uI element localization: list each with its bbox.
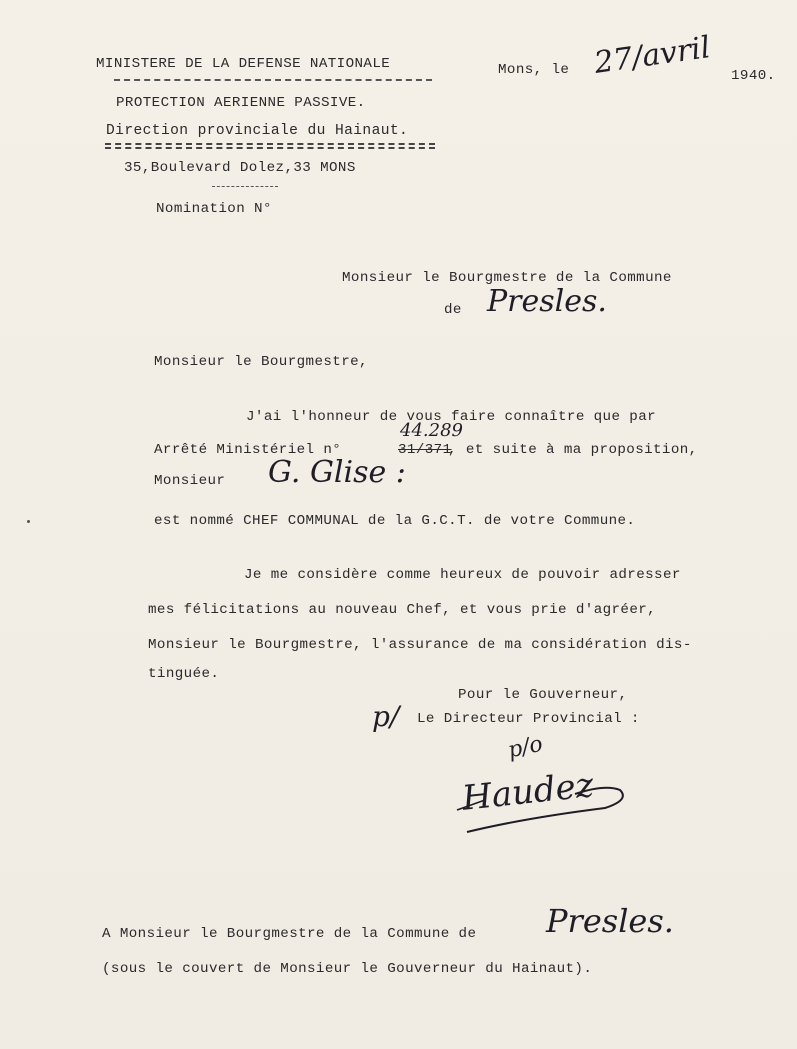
paragraph-1-line-4: est nommé CHEF COMMUNAL de la G.C.T. de … [154,514,635,528]
recipient-commune-handwritten: Presles. [487,284,607,319]
dashed-rule-1 [114,79,432,81]
footer-commune-handwritten: Presles. [546,902,674,940]
paragraph-2-line-1: Je me considère comme heureux de pouvoir… [244,568,681,582]
address-line: 35,Boulevard Dolez,33 MONS [124,161,356,175]
double-rule [105,143,435,145]
stray-mark [27,520,30,523]
direction-heading: Direction provinciale du Hainaut. [106,124,408,139]
dateline-handwritten-date: 27/avril [592,30,712,81]
nomination-number: Nomination N° [156,202,272,216]
closing-line-2: Le Directeur Provincial : [417,712,640,726]
closing-line-1: Pour le Gouverneur, [458,688,627,702]
dashed-rule-2 [212,186,278,187]
recipient-de: de [444,303,462,317]
footer-line-2: (sous le couvert de Monsieur le Gouverne… [102,962,592,976]
paragraph-1-line-2-suffix: , et suite à ma proposition, [448,443,698,457]
footer-line-1-prefix: A Monsieur le Bourgmestre de la Commune … [102,927,476,941]
handwritten-appointee-name: G. Glise : [268,455,406,490]
struck-decree-number: 31/371 [398,443,451,457]
paragraph-2-line-2: mes félicitations au nouveau Chef, et vo… [148,603,656,617]
salutation: Monsieur le Bourgmestre, [154,355,368,369]
department-heading: PROTECTION AERIENNE PASSIVE. [116,96,366,110]
letter-page: MINISTERE DE LA DEFENSE NATIONALE PROTEC… [0,0,797,1049]
closing-pp-handwritten: p/ [372,700,399,733]
dateline-year: 1940. [731,69,776,83]
signature-pp: p/o [506,732,545,764]
paragraph-2-line-4: tinguée. [148,667,219,681]
dateline-place: Mons, le [498,63,569,77]
paragraph-1-line-3-prefix: Monsieur [154,474,225,488]
signature-flourish [455,770,635,840]
ministry-heading: MINISTERE DE LA DEFENSE NATIONALE [96,57,390,71]
handwritten-decree-number: 44.289 [400,420,463,441]
paragraph-2-line-3: Monsieur le Bourgmestre, l'assurance de … [148,638,692,652]
